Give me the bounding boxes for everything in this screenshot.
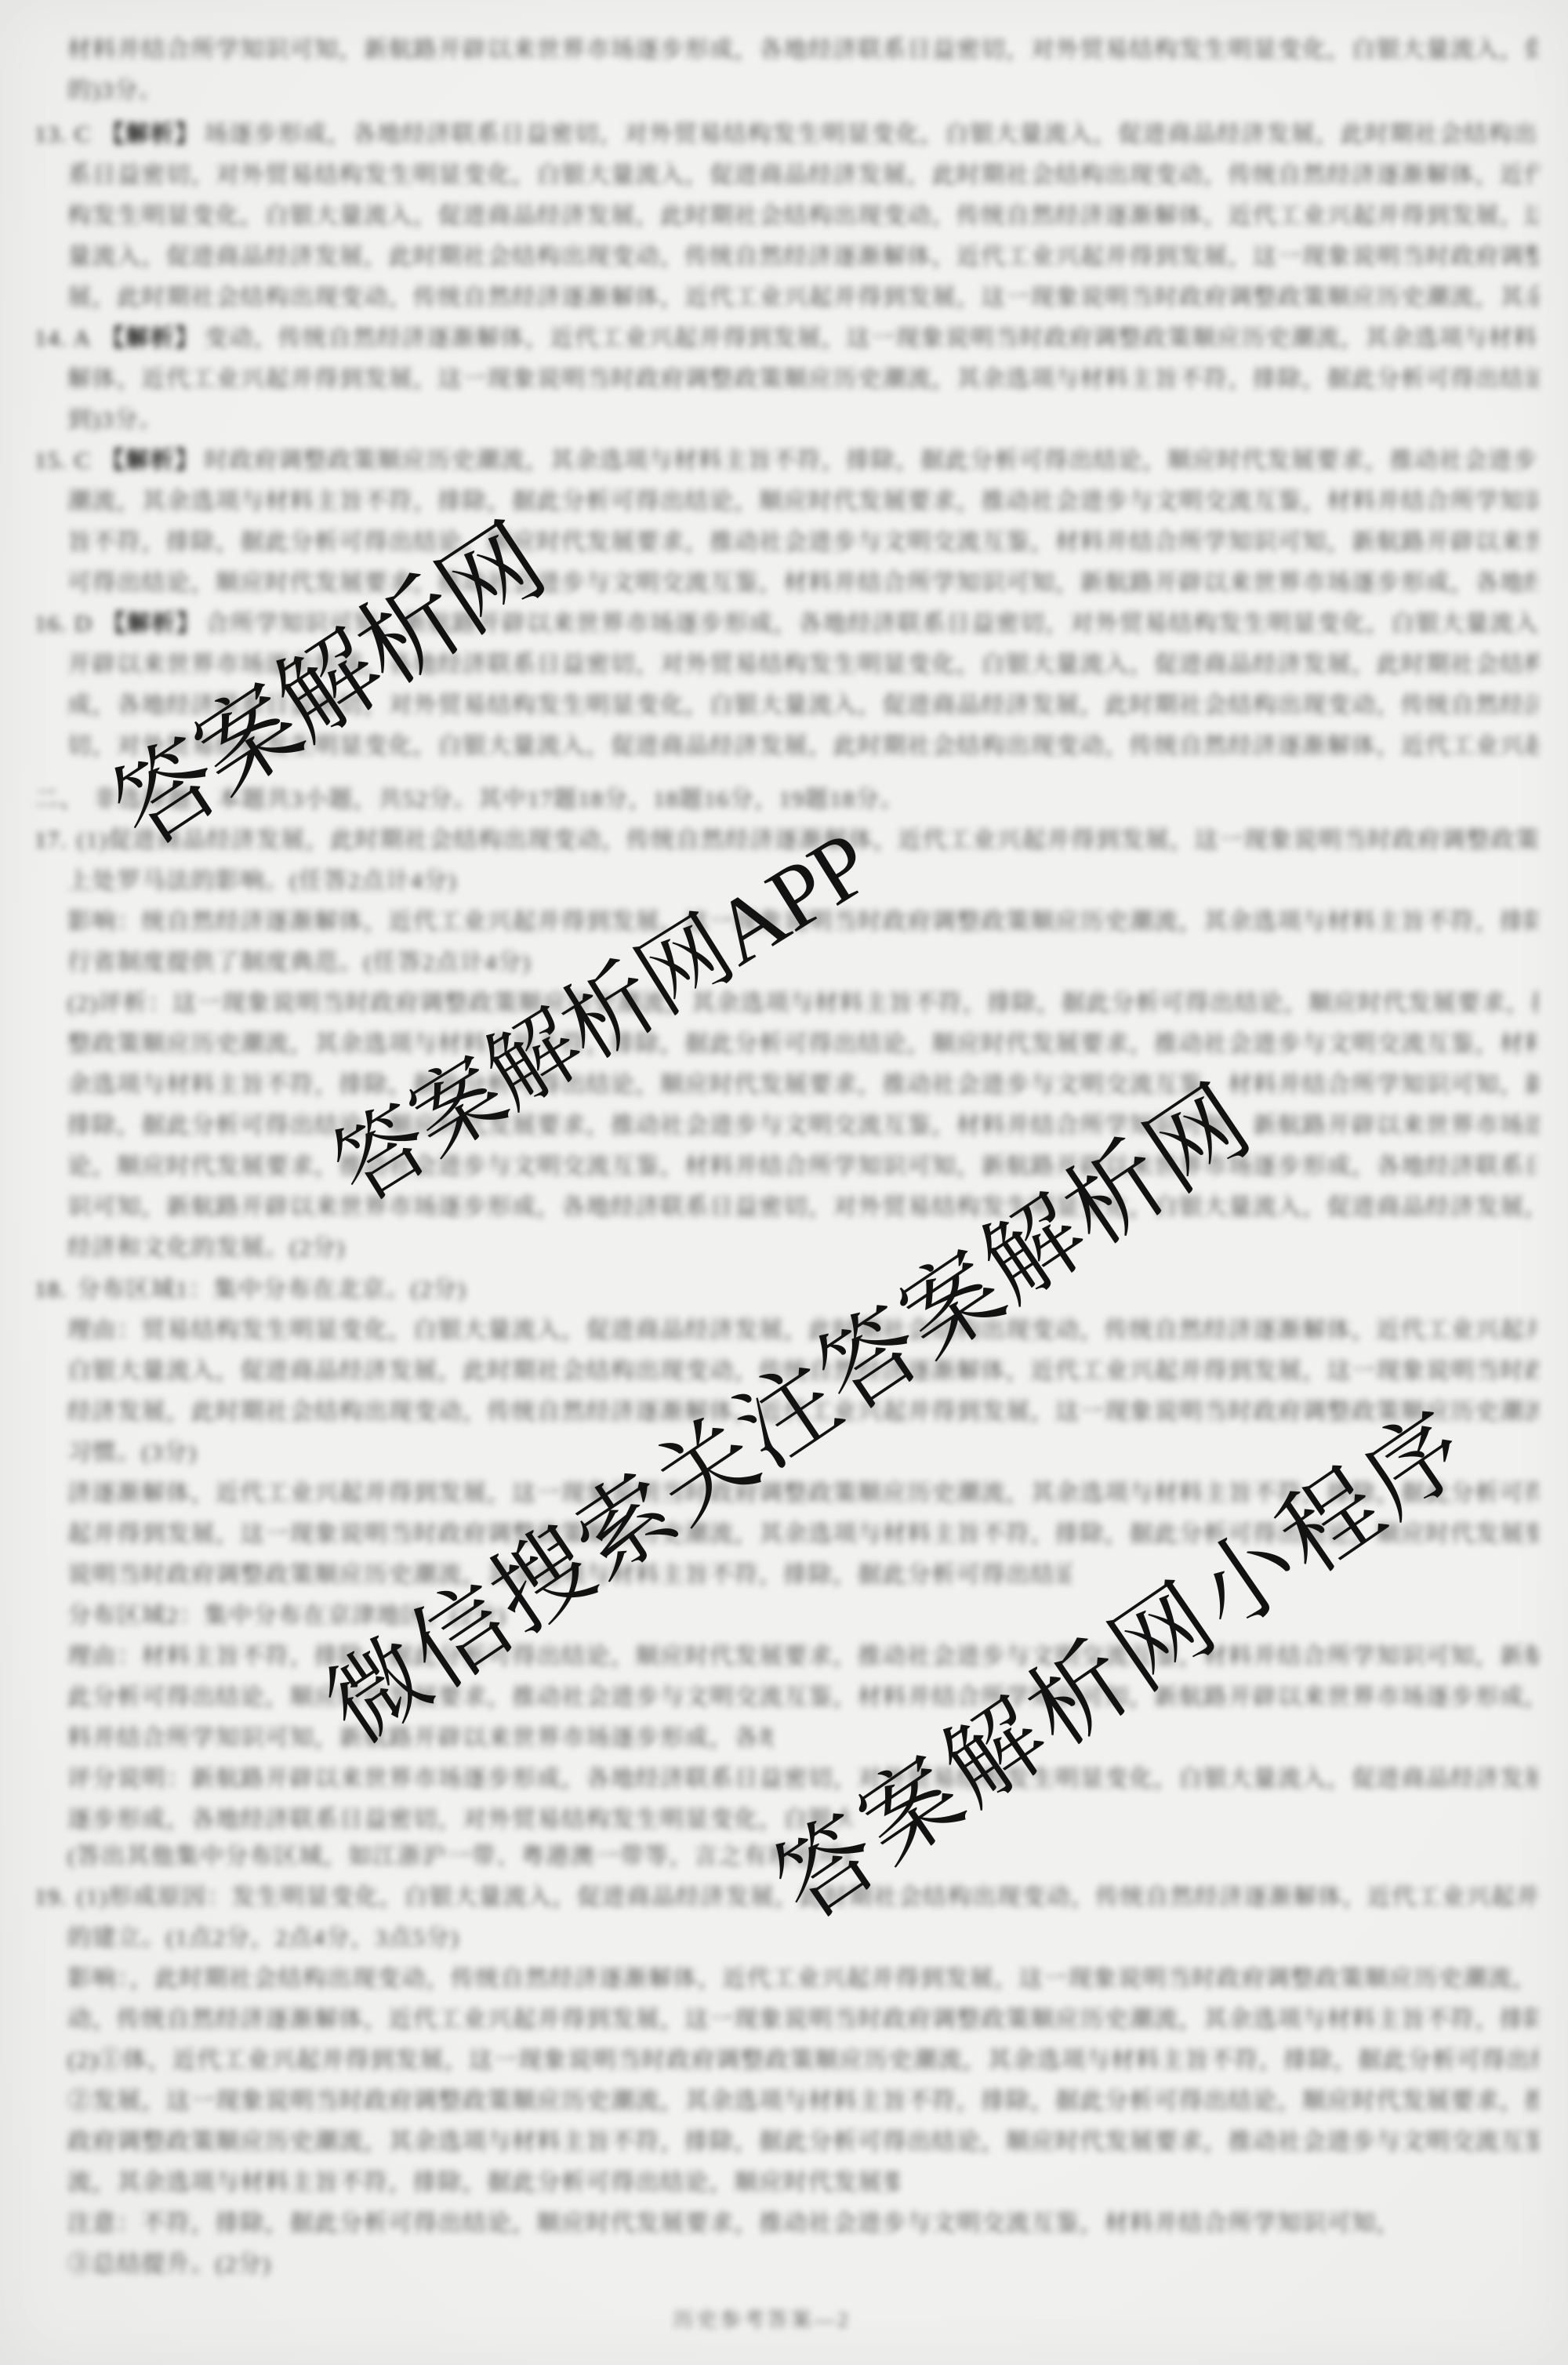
blurred-text: 理由：贸易结构发生明显变化，白银大量流入，促进商品经济发展，此时期社会结构出现变… bbox=[67, 1317, 1538, 1343]
text-line: 逐步形成，各地经济联系日益密切，对外贸易结构发生明显变化，白银大量流入，促进商品… bbox=[67, 1804, 851, 1839]
blurred-text: 量流入，促进商品经济发展，此时期社会结构出现变动，传统自然经济逐渐解体，近代工业… bbox=[67, 244, 1538, 270]
blurred-text: 影响：，此时期社会结构出现变动，传统自然经济逐渐解体，近代工业兴起并得到发展，这… bbox=[67, 1966, 1538, 1992]
question-line: 15. C【解析】时政府调整政策顺应历史潮流，其余选项与材料主旨不符，排除，据此… bbox=[34, 445, 1538, 480]
blurred-text: ③总结提升。(2分) bbox=[67, 2251, 271, 2277]
text-line: 论，顺应时代发展要求，推动社会进步与文明交流互鉴，材料并结合所学知识可知，新航路… bbox=[67, 1151, 1538, 1186]
blurred-text: 理由：材料主旨不符，排除，据此分析可得出结论，顺应时代发展要求，推动社会进步与文… bbox=[67, 1644, 1538, 1669]
text-line: 理由：材料主旨不符，排除，据此分析可得出结论，顺应时代发展要求，推动社会进步与文… bbox=[67, 1641, 1538, 1676]
text-line: (答出其他集中分布区域，如江浙沪一带、粤港澳一带等，言之有理也可) bbox=[67, 1841, 851, 1876]
text-line: (2)①体，近代工业兴起并得到发展，这一现象说明当时政府调整政策顺应历史潮流，其… bbox=[67, 2045, 1538, 2080]
blurred-text: 分布区域1：集中分布在北京。(2分) bbox=[77, 1277, 466, 1302]
question-number-label: 17. bbox=[34, 827, 67, 853]
analysis-marker: 【解析】 bbox=[101, 448, 200, 474]
document-scan-layer: 材料并结合所学知识可知，新航路开辟以来世界市场逐步形成，各地经济联系日益密切，对… bbox=[0, 0, 1568, 2365]
blurred-text: 行省制度提供了制度典范。(任答2点计4分) bbox=[67, 950, 531, 975]
blurred-text: 注意：不符，排除，据此分析可得出结论，顺应时代发展要求，推动社会进步与文明交流互… bbox=[67, 2211, 1400, 2236]
question-number-label: 二、 bbox=[34, 787, 84, 812]
blurred-text: 经济发展，此时期社会结构出现变动，传统自然经济逐渐解体，近代工业兴起并得到发展，… bbox=[67, 1399, 1538, 1425]
text-line: 起并得到发展，这一现象说明当时政府调整政策顺应历史潮流，其余选项与材料主旨不符，… bbox=[67, 1519, 1538, 1553]
blurred-text: 济逐渐解体，近代工业兴起并得到发展，这一现象说明当时政府调整政策顺应历史潮流，其… bbox=[67, 1480, 1538, 1506]
page-footer-label: 历史参考答案—2 bbox=[673, 2304, 851, 2333]
blurred-text: 说明当时政府调整政策顺应历史潮流，其余选项与材料主旨不符，排除，据此分析可得出结… bbox=[67, 1562, 1071, 1588]
text-line: ③总结提升。(2分) bbox=[67, 2249, 271, 2283]
blurred-text: 的)3分。 bbox=[67, 78, 164, 104]
text-line: 开辟以来世界市场逐步形成，各地经济联系日益密切，对外贸易结构发生明显变化，白银大… bbox=[67, 649, 1538, 684]
blurred-text: 识可知，新航路开辟以来世界市场逐步形成，各地经济联系日益密切，对外贸易结构发生明… bbox=[67, 1194, 1538, 1220]
blurred-text: 切，对外贸易结构发生明显变化，白银大量流入，促进商品经济发展，此时期社会结构出现… bbox=[67, 733, 1538, 759]
blurred-text: 可得出结论，顺应时代发展要求，推动社会进步与文明交流互鉴，材料并结合所学知识可知… bbox=[67, 570, 1538, 596]
question-line: 17.(1)促进商品经济发展，此时期社会结构出现变动，传统自然经济逐渐解体，近代… bbox=[34, 825, 1538, 859]
blurred-text: 余选项与材料主旨不符，排除，据此分析可得出结论，顺应时代发展要求，推动社会进步与… bbox=[67, 1072, 1538, 1098]
question-line: 18.分布区域1：集中分布在北京。(2分) bbox=[34, 1274, 466, 1309]
question-line: 二、非选择题：本题共3小题，共52分。其中17题18分，18题16分，19题18… bbox=[34, 784, 905, 819]
question-line: 13. C【解析】场逐步形成，各地经济联系日益密切，对外贸易结构发生明显变化，白… bbox=[34, 119, 1538, 154]
scanned-answer-sheet-page: 材料并结合所学知识可知，新航路开辟以来世界市场逐步形成，各地经济联系日益密切，对… bbox=[0, 0, 1568, 2365]
blurred-text: 构发生明显变化，白银大量流入，促进商品经济发展，此时期社会结构出现变动，传统自然… bbox=[67, 203, 1538, 229]
question-line: 16. D【解析】合所学知识可知，新航路开辟以来世界市场逐步形成，各地经济联系日… bbox=[34, 609, 1538, 643]
text-line: 上处罗马法的影响。(任答2点计4分) bbox=[67, 866, 457, 900]
text-line: 排除，据此分析可得出结论，顺应时代发展要求，推动社会进步与文明交流互鉴，材料并结… bbox=[67, 1110, 1538, 1145]
blurred-text: 论，顺应时代发展要求，推动社会进步与文明交流互鉴，材料并结合所学知识可知，新航路… bbox=[67, 1153, 1538, 1179]
text-line: 白银大量流入，促进商品经济发展，此时期社会结构出现变动，传统自然经济逐渐解体，近… bbox=[67, 1356, 1538, 1390]
blurred-text: 非选择题：本题共3小题，共52分。其中17题18分，18题16分，19题18分。 bbox=[93, 787, 905, 812]
analysis-marker: 【解析】 bbox=[102, 611, 201, 637]
blurred-text: 政府调整政策顺应历史潮流，其余选项与材料主旨不符，排除，据此分析可得出结论，顺应… bbox=[67, 2129, 1538, 2155]
text-line: 注意：不符，排除，据此分析可得出结论，顺应时代发展要求，推动社会进步与文明交流互… bbox=[67, 2208, 1400, 2243]
text-line: 的)3分。 bbox=[67, 75, 164, 110]
text-line: (2)评析：这一现象说明当时政府调整政策顺应历史潮流，其余选项与材料主旨不符，排… bbox=[67, 988, 1538, 1023]
blurred-text: (2)评析：这一现象说明当时政府调整政策顺应历史潮流，其余选项与材料主旨不符，排… bbox=[67, 990, 1538, 1016]
question-number-label: 15. C bbox=[34, 448, 92, 474]
blurred-text: (1)形成原因：发生明显变化，白银大量流入，促进商品经济发展，此时期社会结构出现… bbox=[77, 1884, 1538, 1910]
text-line: 理由：贸易结构发生明显变化，白银大量流入，促进商品经济发展，此时期社会结构出现变… bbox=[67, 1315, 1538, 1350]
blurred-text: 排除，据此分析可得出结论，顺应时代发展要求，推动社会进步与文明交流互鉴，材料并结… bbox=[67, 1113, 1538, 1139]
text-line: 量流入，促进商品经济发展，此时期社会结构出现变动，传统自然经济逐渐解体，近代工业… bbox=[67, 242, 1538, 276]
text-line: 动，传统自然经济逐渐解体，近代工业兴起并得到发展，这一现象说明当时政府调整政策顺… bbox=[67, 2004, 1538, 2039]
blurred-text: (2)①体，近代工业兴起并得到发展，这一现象说明当时政府调整政策顺应历史潮流，其… bbox=[67, 2047, 1538, 2073]
text-line: 行省制度提供了制度典范。(任答2点计4分) bbox=[67, 947, 531, 982]
blurred-text: 起并得到发展，这一现象说明当时政府调整政策顺应历史潮流，其余选项与材料主旨不符，… bbox=[67, 1521, 1538, 1547]
text-line: 识可知，新航路开辟以来世界市场逐步形成，各地经济联系日益密切，对外贸易结构发生明… bbox=[67, 1192, 1538, 1226]
text-line: 潮流，其余选项与材料主旨不符，排除，据此分析可得出结论，顺应时代发展要求，推动社… bbox=[67, 486, 1538, 521]
text-line: 构发生明显变化，白银大量流入，促进商品经济发展，此时期社会结构出现变动，传统自然… bbox=[67, 201, 1538, 235]
blurred-text: 潮流，其余选项与材料主旨不符，排除，据此分析可得出结论，顺应时代发展要求，推动社… bbox=[67, 489, 1538, 514]
text-line: 分布区域2：集中分布在京津地区。(2分) bbox=[67, 1600, 506, 1635]
blurred-text: 动，传统自然经济逐渐解体，近代工业兴起并得到发展，这一现象说明当时政府调整政策顺… bbox=[67, 2007, 1538, 2033]
blurred-text: 旨不符，排除，据此分析可得出结论，顺应时代发展要求，推动社会进步与文明交流互鉴，… bbox=[67, 529, 1538, 555]
text-line: 经济和文化的发展。(2分) bbox=[67, 1233, 345, 1267]
blurred-text: 变动，传统自然经济逐渐解体，近代工业兴起并得到发展，这一现象说明当时政府调整政策… bbox=[205, 325, 1538, 351]
text-line: 解体，近代工业兴起并得到发展，这一现象说明当时政府调整政策顺应历史潮流，其余选项… bbox=[67, 364, 1538, 398]
text-line: 余选项与材料主旨不符，排除，据此分析可得出结论，顺应时代发展要求，推动社会进步与… bbox=[67, 1070, 1538, 1104]
text-line: 到)3分。 bbox=[67, 405, 164, 439]
text-line: 系日益密切，对外贸易结构发生明显变化，白银大量流入，促进商品经济发展，此时期社会… bbox=[67, 160, 1538, 194]
text-line: 影响：统自然经济逐渐解体，近代工业兴起并得到发展，这一现象说明当时政府调整政策顺… bbox=[67, 906, 1538, 941]
blurred-text: ②发展，这一现象说明当时政府调整政策顺应历史潮流，其余选项与材料主旨不符，排除，… bbox=[67, 2088, 1538, 2114]
blurred-text: 的建立。(1点2分，2点4分，3点5分) bbox=[67, 1925, 459, 1951]
blurred-text: 逐步形成，各地经济联系日益密切，对外贸易结构发生明显变化，白银大量流入，促进商品… bbox=[67, 1807, 851, 1833]
text-line: 说明当时政府调整政策顺应历史潮流，其余选项与材料主旨不符，排除，据此分析可得出结… bbox=[67, 1560, 1071, 1594]
question-number-label: 14. A bbox=[34, 325, 92, 351]
question-line: 14. A【解析】变动，传统自然经济逐渐解体，近代工业兴起并得到发展，这一现象说… bbox=[34, 323, 1538, 358]
analysis-marker: 【解析】 bbox=[101, 122, 200, 147]
blurred-text: 合所学知识可知，新航路开辟以来世界市场逐步形成，各地经济联系日益密切，对外贸易结… bbox=[205, 611, 1538, 637]
text-line: 流，其余选项与材料主旨不符，排除，据此分析可得出结论，顺应时代发展要求，推动社会… bbox=[67, 2167, 898, 2202]
blurred-text: 评分说明：新航路开辟以来世界市场逐步形成，各地经济联系日益密切，对外贸易结构发生… bbox=[67, 1766, 1538, 1792]
blurred-text: (1)促进商品经济发展，此时期社会结构出现变动，传统自然经济逐渐解体，近代工业兴… bbox=[77, 827, 1538, 853]
blurred-text: (答出其他集中分布区域，如江浙沪一带、粤港澳一带等，言之有理也可) bbox=[67, 1844, 851, 1869]
blurred-text: 时政府调整政策顺应历史潮流，其余选项与材料主旨不符，排除，据此分析可得出结论，顺… bbox=[205, 448, 1538, 474]
blurred-text: 开辟以来世界市场逐步形成，各地经济联系日益密切，对外贸易结构发生明显变化，白银大… bbox=[67, 652, 1538, 678]
analysis-marker: 【解析】 bbox=[101, 325, 200, 351]
text-line: 切，对外贸易结构发生明显变化，白银大量流入，促进商品经济发展，此时期社会结构出现… bbox=[67, 731, 1538, 765]
question-number-label: 16. D bbox=[34, 611, 93, 637]
text-line: 料并结合所学知识可知，新航路开辟以来世界市场逐步形成，各地经济联系日益密切，对外… bbox=[67, 1723, 773, 1757]
blurred-text: 上处罗马法的影响。(任答2点计4分) bbox=[67, 868, 457, 894]
blurred-text: 材料并结合所学知识可知，新航路开辟以来世界市场逐步形成，各地经济联系日益密切，对… bbox=[67, 37, 1538, 63]
text-line: 材料并结合所学知识可知，新航路开辟以来世界市场逐步形成，各地经济联系日益密切，对… bbox=[67, 35, 1538, 69]
blurred-text: 场逐步形成，各地经济联系日益密切，对外贸易结构发生明显变化，白银大量流入，促进商… bbox=[205, 122, 1538, 147]
question-number-label: 19. bbox=[34, 1884, 67, 1910]
text-line: 政府调整政策顺应历史潮流，其余选项与材料主旨不符，排除，据此分析可得出结论，顺应… bbox=[67, 2127, 1538, 2161]
blurred-text: 流，其余选项与材料主旨不符，排除，据此分析可得出结论，顺应时代发展要求，推动社会… bbox=[67, 2170, 898, 2196]
text-line: 旨不符，排除，据此分析可得出结论，顺应时代发展要求，推动社会进步与文明交流互鉴，… bbox=[67, 527, 1538, 561]
text-line: 评分说明：新航路开辟以来世界市场逐步形成，各地经济联系日益密切，对外贸易结构发生… bbox=[67, 1764, 1538, 1798]
text-line: 习惯。(3分) bbox=[67, 1437, 197, 1472]
blurred-text: 解体，近代工业兴起并得到发展，这一现象说明当时政府调整政策顺应历史潮流，其余选项… bbox=[67, 366, 1538, 392]
blurred-text: 成，各地经济联系日益密切，对外贸易结构发生明显变化，白银大量流入，促进商品经济发… bbox=[67, 692, 1538, 718]
text-line: 展，此时期社会结构出现变动，传统自然经济逐渐解体，近代工业兴起并得到发展，这一现… bbox=[67, 282, 1538, 317]
blurred-text: 到)3分。 bbox=[67, 407, 164, 433]
blurred-text: 展，此时期社会结构出现变动，传统自然经济逐渐解体，近代工业兴起并得到发展，这一现… bbox=[67, 285, 1538, 311]
blurred-text: 系日益密切，对外贸易结构发生明显变化，白银大量流入，促进商品经济发展，此时期社会… bbox=[67, 162, 1538, 188]
question-number-label: 13. C bbox=[34, 122, 92, 147]
question-number-label: 18. bbox=[34, 1277, 67, 1302]
blurred-text: 白银大量流入，促进商品经济发展，此时期社会结构出现变动，传统自然经济逐渐解体，近… bbox=[67, 1358, 1538, 1384]
text-line: 济逐渐解体，近代工业兴起并得到发展，这一现象说明当时政府调整政策顺应历史潮流，其… bbox=[67, 1478, 1538, 1513]
text-line: 经济发展，此时期社会结构出现变动，传统自然经济逐渐解体，近代工业兴起并得到发展，… bbox=[67, 1397, 1538, 1431]
blurred-text: 料并结合所学知识可知，新航路开辟以来世界市场逐步形成，各地经济联系日益密切，对外… bbox=[67, 1725, 773, 1751]
text-line: 的建立。(1点2分，2点4分，3点5分) bbox=[67, 1923, 459, 1957]
blurred-text: 习惯。(3分) bbox=[67, 1440, 197, 1466]
text-line: 成，各地经济联系日益密切，对外贸易结构发生明显变化，白银大量流入，促进商品经济发… bbox=[67, 690, 1538, 725]
blurred-text: 经济和文化的发展。(2分) bbox=[67, 1235, 345, 1261]
blurred-text: 分布区域2：集中分布在京津地区。(2分) bbox=[67, 1603, 506, 1629]
question-line: 19.(1)形成原因：发生明显变化，白银大量流入，促进商品经济发展，此时期社会结… bbox=[34, 1882, 1538, 1916]
blurred-text-layer: 材料并结合所学知识可知，新航路开辟以来世界市场逐步形成，各地经济联系日益密切，对… bbox=[0, 0, 1568, 2365]
text-line: 可得出结论，顺应时代发展要求，推动社会进步与文明交流互鉴，材料并结合所学知识可知… bbox=[67, 568, 1538, 602]
blurred-text: 整政策顺应历史潮流，其余选项与材料主旨不符，排除，据此分析可得出结论，顺应时代发… bbox=[67, 1031, 1538, 1057]
text-line: 整政策顺应历史潮流，其余选项与材料主旨不符，排除，据此分析可得出结论，顺应时代发… bbox=[67, 1029, 1538, 1063]
text-line: ②发展，这一现象说明当时政府调整政策顺应历史潮流，其余选项与材料主旨不符，排除，… bbox=[67, 2086, 1538, 2120]
blurred-text: 此分析可得出结论，顺应时代发展要求，推动社会进步与文明交流互鉴，材料并结合所学知… bbox=[67, 1684, 1538, 1710]
text-line: 此分析可得出结论，顺应时代发展要求，推动社会进步与文明交流互鉴，材料并结合所学知… bbox=[67, 1682, 1538, 1717]
blurred-text: 影响：统自然经济逐渐解体，近代工业兴起并得到发展，这一现象说明当时政府调整政策顺… bbox=[67, 909, 1538, 935]
text-line: 影响：，此时期社会结构出现变动，传统自然经济逐渐解体，近代工业兴起并得到发展，这… bbox=[67, 1964, 1538, 1998]
